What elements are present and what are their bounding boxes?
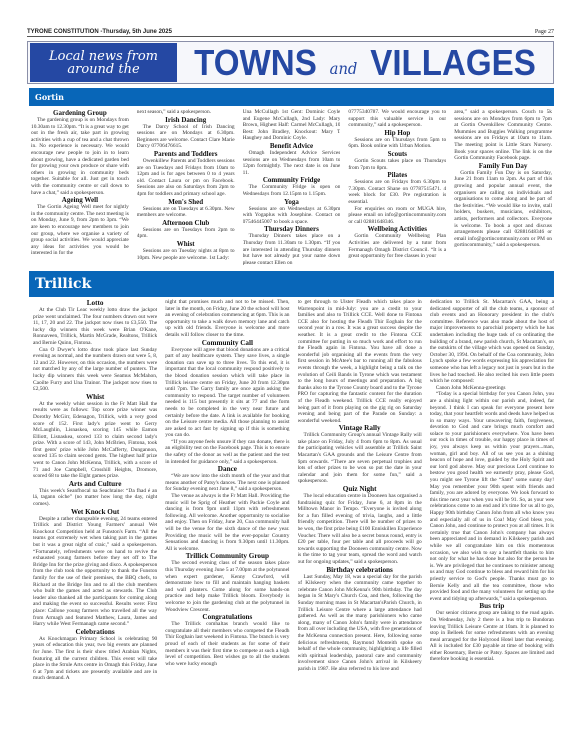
section-header-trillick: Trillick	[29, 271, 554, 297]
section-masthead: Local news from around the TOWNS and VIL…	[27, 41, 554, 84]
gortin-articles: Gardening GroupThe gardening group is on…	[31, 109, 552, 269]
article-headline: Parents and Toddlers	[137, 150, 235, 158]
article-paragraph: 07775340787. We would encourage you to s…	[348, 109, 446, 129]
title-villages: VILLAGES	[370, 42, 536, 84]
article-paragraph: night that promises much and not to be m…	[165, 299, 289, 339]
article-paragraph: Sessions are on Tuesdays at 6.30pm. New …	[137, 206, 235, 219]
article-headline: Arts and Culture	[33, 480, 157, 488]
article-paragraph: At the weekly whist session in the Fr Ma…	[33, 401, 157, 480]
article-headline: Quiz Night	[298, 485, 422, 493]
article-paragraph: At the Club Tir Leac weekly lotto draw t…	[33, 307, 157, 347]
article-paragraph: Gortin Family Fun Day is on Saturday, Ju…	[454, 170, 552, 249]
article-headline: Whist	[137, 240, 235, 248]
tagline-line-2: around the	[67, 63, 139, 76]
article-paragraph: Our senior citizens group are taking to …	[430, 610, 554, 663]
article-paragraph: Sessions are on Tuesdays from 2pm to 4pm…	[137, 227, 235, 240]
article-headline: Bus trip	[430, 602, 554, 610]
article-paragraph: The second evening class of the season t…	[165, 560, 289, 613]
article-paragraph: area,” said a spokesperson. Couch to 5k …	[454, 109, 552, 162]
trillick-column: LottoAt the Club Tir Leac weekly lotto d…	[33, 299, 157, 729]
masthead-title: TOWNS and VILLAGES	[192, 42, 538, 84]
trillick-column: night that promises much and not to be m…	[165, 299, 289, 729]
article-paragraph: Thursday Dinners takes place on a Thursd…	[243, 233, 341, 266]
article-headline: Wet Knock Out	[33, 508, 157, 516]
article-headline: Community Fridge	[243, 176, 341, 184]
article-headline: Gardening Group	[31, 109, 129, 117]
article-paragraph: “Today is a special birthday for you Can…	[430, 391, 554, 602]
gortin-column: next season,” said a spokesperson.Irish …	[137, 109, 235, 269]
article-paragraph: Sessions are on Thursdays from 5pm to 6p…	[348, 137, 446, 150]
article-paragraph: Sessions are on Tuesday nights at 8pm to…	[137, 248, 235, 261]
article-paragraph: dedication to Trillick St. Macartan's GA…	[430, 299, 554, 385]
gortin-column: area,” said a spokesperson. Couch to 5k …	[454, 109, 552, 269]
publication-dateline: TYRONE CONSTITUTION -Thursday, 5th June …	[27, 29, 172, 35]
article-headline: Afternoon Club	[137, 219, 235, 227]
trillick-column: dedication to Trillick St. Macartan's GA…	[430, 299, 554, 729]
article-paragraph: Everyone will agree that blood donations…	[165, 347, 289, 439]
tagline-line-1: Local news from	[49, 50, 158, 63]
article-headline: Community Call	[165, 339, 289, 347]
article-headline: Vintage Rally	[298, 424, 422, 432]
title-and: and	[330, 59, 358, 78]
article-paragraph: Owenkillew Parents and Toddlers sessions…	[137, 158, 235, 198]
article-headline: Hip Hop	[348, 129, 446, 137]
masthead-tagline: Local news from around the	[30, 43, 177, 82]
article-paragraph: The Gortin Ageing Well meet for nightly …	[31, 204, 129, 257]
article-headline: Wellbeing Activities	[348, 225, 446, 233]
article-headline: Lotto	[33, 299, 157, 307]
article-headline: Yoga	[243, 198, 341, 206]
article-paragraph: The Community Fridge is open on Wednesda…	[243, 184, 341, 197]
page-number: Page 27	[535, 29, 554, 35]
trillick-articles: LottoAt the Club Tir Leac weekly lotto d…	[33, 299, 554, 729]
article-headline: Whist	[33, 393, 157, 401]
article-headline: Scouts	[348, 150, 446, 158]
article-paragraph: Last Sunday, May 18, was a special day f…	[298, 574, 422, 673]
article-paragraph: The gardening group is on Mondays from 1…	[31, 117, 129, 196]
article-paragraph: The Darcy School of Irish Dancing sessio…	[137, 124, 235, 150]
article-paragraph: This week's Seanfhocal na Seachtaine: “D…	[33, 488, 157, 508]
trillick-column: to get through to Ulster Fleadh which ta…	[298, 299, 422, 729]
gortin-column: 07775340787. We would encourage you to s…	[348, 109, 446, 269]
article-paragraph: Coa O Dwyer's lotto draw took place last…	[33, 347, 157, 393]
article-paragraph: Sessions are on Wednesdays at 6.30pm wit…	[243, 206, 341, 226]
article-headline: Men's Shed	[137, 198, 235, 206]
article-paragraph: Una McCullagh 1st Gent: Dominic Coyle an…	[243, 109, 341, 142]
article-headline: Ageing Well	[31, 196, 129, 204]
article-headline: Benefit Advice	[243, 142, 341, 150]
article-headline: Family Fun Day	[454, 162, 552, 170]
article-paragraph: Despite a rather changeable evening, 24 …	[33, 516, 157, 628]
article-headline: Thursday Dinners	[243, 225, 341, 233]
article-paragraph: to get through to Ulster Fleadh which ta…	[298, 299, 422, 424]
article-paragraph: “We are now into the sixth month of the …	[165, 473, 289, 493]
section-header-gortin: Gortin	[29, 88, 554, 106]
gortin-column: Gardening GroupThe gardening group is on…	[31, 109, 129, 269]
article-paragraph: next season,” said a spokesperson.	[137, 109, 235, 116]
article-paragraph: Trillick Community Group's annual Vintag…	[298, 432, 422, 485]
article-paragraph: As Knockmagan Primary School is celebrat…	[33, 636, 157, 682]
article-headline: Pilates	[348, 171, 446, 179]
running-header: TYRONE CONSTITUTION -Thursday, 5th June …	[27, 27, 554, 37]
article-paragraph: The venue as always is the Fr Matt Hall.…	[165, 493, 289, 552]
title-towns: TOWNS	[194, 42, 317, 84]
article-headline: Irish Dancing	[137, 116, 235, 124]
article-paragraph: Gortin Community Wellbeing Plan Activiti…	[348, 233, 446, 259]
article-paragraph: “If you anyone feels unsure if they can …	[165, 439, 289, 465]
article-headline: Birthday celebrations	[298, 566, 422, 574]
article-paragraph: Gortin Scouts takes place on Thursdays f…	[348, 158, 446, 171]
article-paragraph: For enquiries on room or MUGA hire, plea…	[348, 206, 446, 226]
article-paragraph: Sessions are on Fridays from 6.30pm to 7…	[348, 179, 446, 205]
article-headline: Celebrations	[33, 628, 157, 636]
article-paragraph: Omagh Independent Advice Services sessio…	[243, 150, 341, 176]
article-paragraph: The local education centre in Dooneen ha…	[298, 493, 422, 566]
gortin-column: Una McCullagh 1st Gent: Dominic Coyle an…	[243, 109, 341, 269]
article-paragraph: The Trillick comhaltas branch would like…	[165, 621, 289, 667]
article-headline: Congratulations	[165, 613, 289, 621]
